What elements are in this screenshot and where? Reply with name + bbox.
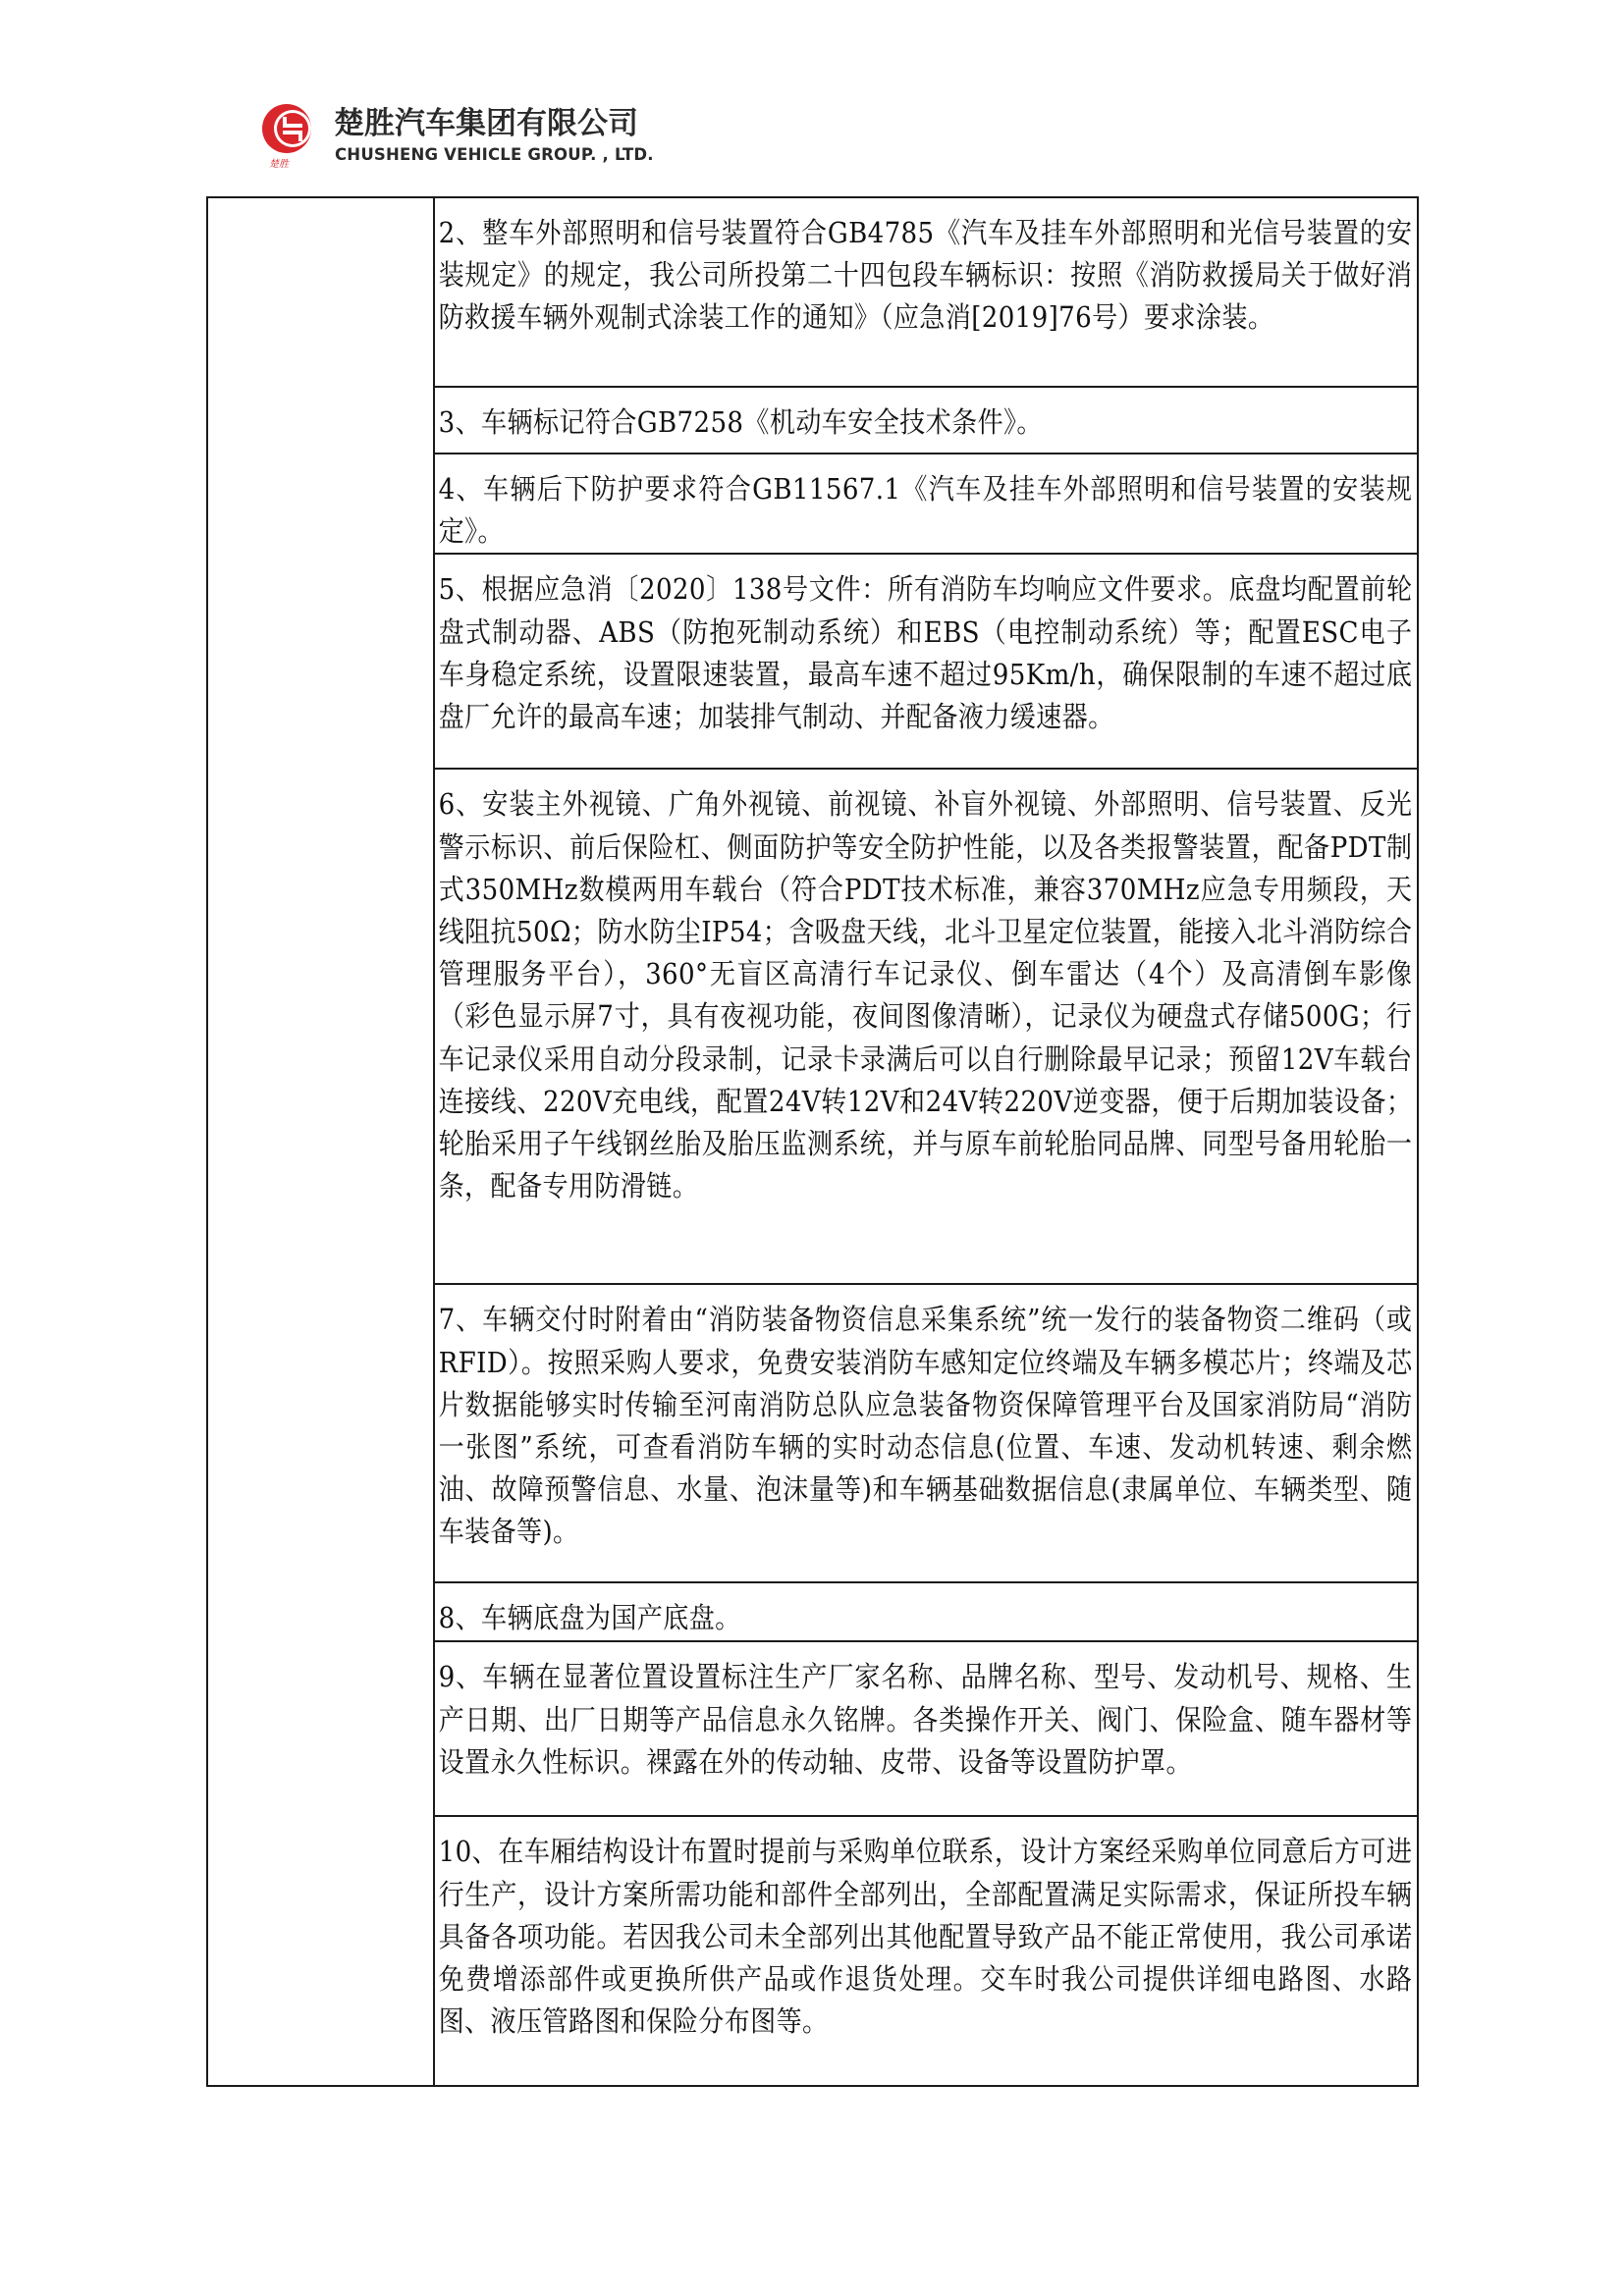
spec-item-text: 2、整车外部照明和信号装置符合GB4785《汽车及挂车外部照明和光信号装置的安装…	[435, 198, 1416, 340]
spec-item-10: 10、在车厢结构设计布置时提前与采购单位联系，设计方案经采购单位同意后方可进行生…	[434, 1816, 1418, 2086]
spec-item-text: 8、车辆底盘为国产底盘。	[435, 1583, 1416, 1639]
spec-table: 2、整车外部照明和信号装置符合GB4785《汽车及挂车外部照明和光信号装置的安装…	[206, 196, 1419, 2087]
spec-item-3: 3、车辆标记符合GB7258《机动车安全技术条件》。	[434, 387, 1418, 454]
spec-item-text: 3、车辆标记符合GB7258《机动车安全技术条件》。	[435, 388, 1416, 444]
spec-item-text: 7、车辆交付时附着由“消防装备物资信息采集系统”统一发行的装备物资二维码（或RF…	[435, 1285, 1416, 1553]
spec-item-7: 7、车辆交付时附着由“消防装备物资信息采集系统”统一发行的装备物资二维码（或RF…	[434, 1284, 1418, 1582]
spec-item-text: 5、根据应急消〔2020〕138号文件：所有消防车均响应文件要求。底盘均配置前轮…	[435, 555, 1416, 738]
spec-item-2: 2、整车外部照明和信号装置符合GB4785《汽车及挂车外部照明和光信号装置的安装…	[434, 197, 1418, 387]
spec-item-text: 10、在车厢结构设计布置时提前与采购单位联系，设计方案经采购单位同意后方可进行生…	[435, 1817, 1416, 2043]
spec-item-text: 9、车辆在显著位置设置标注生产厂家名称、品牌名称、型号、发动机号、规格、生产日期…	[435, 1642, 1416, 1784]
left-label-cell	[207, 197, 434, 2086]
spec-item-6: 6、安装主外视镜、广角外视镜、前视镜、补盲外视镜、外部照明、信号装置、反光警示标…	[434, 769, 1418, 1284]
svg-text:楚胜: 楚胜	[269, 158, 290, 170]
company-name-en: CHUSHENG VEHICLE GROUP. , LTD.	[335, 145, 654, 165]
spec-item-text: 4、车辆后下防护要求符合GB11567.1《汽车及挂车外部照明和信号装置的安装规…	[435, 454, 1416, 553]
spec-item-text: 6、安装主外视镜、广角外视镜、前视镜、补盲外视镜、外部照明、信号装置、反光警示标…	[435, 770, 1416, 1207]
spec-item-9: 9、车辆在显著位置设置标注生产厂家名称、品牌名称、型号、发动机号、规格、生产日期…	[434, 1641, 1418, 1816]
company-name-cn: 楚胜汽车集团有限公司	[334, 106, 638, 141]
spec-item-5: 5、根据应急消〔2020〕138号文件：所有消防车均响应文件要求。底盘均配置前轮…	[434, 554, 1418, 769]
spec-item-8: 8、车辆底盘为国产底盘。	[434, 1582, 1418, 1641]
chusheng-s-logo-icon: 楚胜	[257, 102, 318, 171]
spec-item-4: 4、车辆后下防护要求符合GB11567.1《汽车及挂车外部照明和信号装置的安装规…	[434, 454, 1418, 554]
table-row: 2、整车外部照明和信号装置符合GB4785《汽车及挂车外部照明和光信号装置的安装…	[207, 197, 1418, 387]
letterhead: 楚胜 楚胜汽车集团有限公司 CHUSHENG VEHICLE GROUP. , …	[257, 102, 670, 171]
